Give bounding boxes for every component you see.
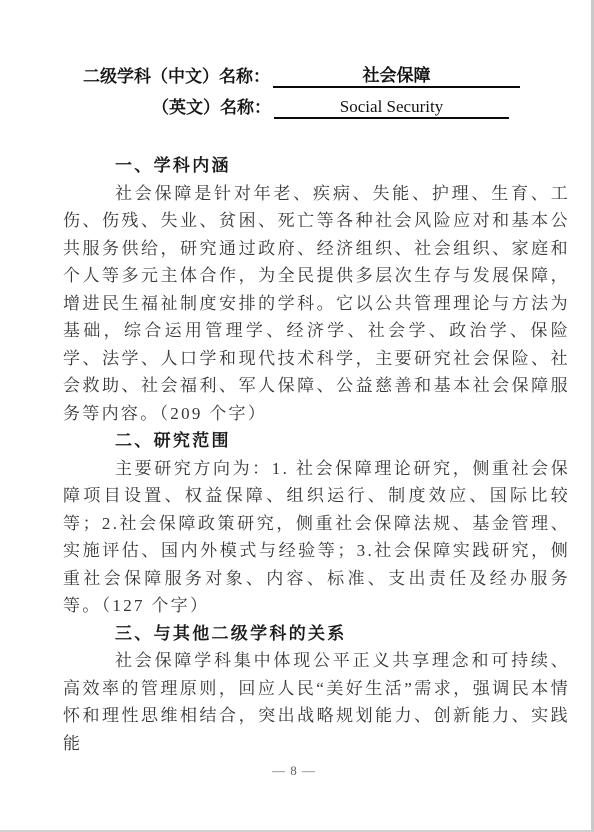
section-3-paragraph: 社会保障学科集中体现公平正义共享理念和可持续、高效率的管理原则，回应人民“美好生… xyxy=(63,647,570,757)
discipline-name-en-value: Social Security xyxy=(274,98,509,119)
page-number: — 8 — xyxy=(0,763,588,779)
section-3-heading: 三、与其他二级学科的关系 xyxy=(63,620,570,648)
discipline-name-cn-label: 二级学科（中文）名称： xyxy=(83,68,270,88)
discipline-name-en-label: （英文）名称： xyxy=(152,99,271,119)
document-page: 二级学科（中文）名称： 社会保障 （英文）名称： Social Security… xyxy=(0,0,594,832)
discipline-name-cn-row: 二级学科（中文）名称： 社会保障 xyxy=(83,57,520,88)
section-1-heading: 一、学科内涵 xyxy=(63,152,570,180)
title-block: 二级学科（中文）名称： 社会保障 （英文）名称： Social Security xyxy=(83,57,520,119)
discipline-name-en-row: （英文）名称： Social Security xyxy=(83,88,520,119)
section-2-heading: 二、研究范围 xyxy=(63,427,570,455)
discipline-name-cn-value: 社会保障 xyxy=(273,67,520,88)
section-1-paragraph: 社会保障是针对年老、疾病、失能、护理、生育、工伤、伤残、失业、贫困、死亡等各种社… xyxy=(63,180,570,428)
section-2-paragraph: 主要研究方向为：1. 社会保障理论研究，侧重社会保障项目设置、权益保障、组织运行… xyxy=(63,455,570,620)
document-body: 一、学科内涵 社会保障是针对年老、疾病、失能、护理、生育、工伤、伤残、失业、贫困… xyxy=(63,152,570,757)
